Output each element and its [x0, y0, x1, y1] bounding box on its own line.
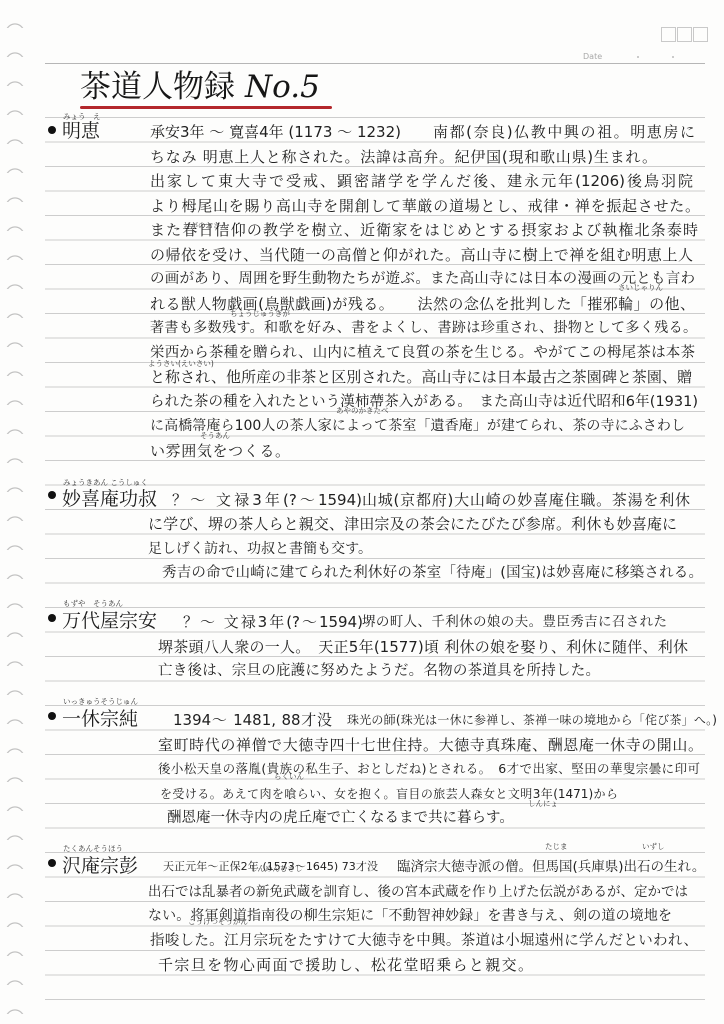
furigana: こうげつそうがん: [188, 917, 248, 926]
entry-text-line: の画があり、周囲を野生動物たちが遊ぶ。また高山寺には日本の漫画の元とも言わ: [150, 270, 695, 288]
entry-text-line: 後小松天皇の落胤(貴族の私生子、おとしだね)とされる。 6才で出家、堅田の華叟宗…: [158, 760, 700, 778]
entry-text-line: より栂尾山を賜り高山寺を開創して華厳の道場とし、戒律・禅を振起させた。: [150, 197, 700, 215]
bullet-icon: [48, 712, 56, 720]
entry-text-line: 秀吉の命で山崎に建てられた利休好の茶室「待庵」(国宝)は妙喜庵に移築される。: [162, 564, 703, 582]
furigana: しんめんむさし: [250, 864, 303, 873]
furigana: そうあん: [200, 431, 230, 440]
entry-summary: 堺の町人、千利休の娘の夫。豊臣秀吉に召された: [362, 613, 667, 631]
entry-text-line: また春日信仰の教学を樹立、近衛家をはじめとする摂家および執権北条泰時: [150, 221, 698, 239]
name-reading: いっきゅうそうじゅん: [63, 697, 138, 706]
title-underline: [80, 106, 332, 109]
entry-text-line: 足しげく訪れ、功叔と書簡も交す。: [148, 540, 372, 558]
page-number-boxes: [661, 27, 708, 42]
entry-text-line: 酬恩庵一休寺内の虎丘庵で亡くなるまで共に暮らす。: [167, 809, 513, 827]
entry-text-line: に高橋箒庵ら100人の茶人家によって茶室「遺香庵」が建てられ、茶の寺にふさわし: [150, 417, 685, 435]
entry-text-line: 栄西から茶種を贈られ、山内に植えて良質の茶を生じる。やがてこの栂尾茶は本茶: [150, 344, 695, 362]
furigana: らくいん: [274, 772, 304, 781]
date-separator-mark: [637, 56, 639, 58]
entry-text-line: に学び、堺の茶人らと親交、津田宗及の茶会にたびたび参席。利休も妙喜庵に: [148, 515, 677, 533]
name-reading: たくあんそうほう: [63, 844, 123, 853]
bullet-icon: [48, 614, 56, 622]
entry-text-line: の帰依を受け、当代随一の高僧と仰がれた。高山寺に樹上で禅を組む明恵上人: [150, 246, 693, 264]
page-title-number: No.5: [245, 69, 320, 105]
bullet-icon: [48, 126, 56, 134]
page-number-box: [677, 27, 692, 42]
entry-dates: 承安3年 ～ 寛喜4年 (1173 ～ 1232): [150, 123, 400, 141]
entry-name: 一休宗純: [62, 708, 138, 730]
furigana: あやのかきたべ: [336, 406, 389, 415]
entry-text-line: られた茶の種を入れたという漢柿蔕茶入がある。 また高山寺は近代昭和6年(1931…: [150, 393, 698, 411]
furigana: たじま: [545, 842, 568, 851]
furigana: とがのおさん: [183, 221, 228, 230]
entry-summary: 臨済宗大徳寺派の僧。但馬国(兵庫県)出石の生れ。: [397, 858, 705, 876]
date-line: [45, 63, 705, 64]
date-separator-mark: [672, 56, 674, 58]
entry-summary: 南都(奈良)仏教中興の祖。明恵房に: [433, 123, 695, 141]
furigana: ようさい(えいさい): [148, 359, 214, 368]
bullet-icon: [48, 491, 56, 499]
page-title: 茶道人物録No.5: [80, 68, 320, 106]
bullet-icon: [48, 859, 56, 867]
entry-text-line: 著書も多数残す。和歌を好み、書をよくし、書跡は珍重され、掛物として多く残る。: [150, 319, 697, 337]
page-number-box: [661, 27, 676, 42]
entry-text-line: 室町時代の禅僧で大徳寺四十七世住持。大徳寺真珠庵、酬恩庵一休寺の開山。: [158, 736, 703, 754]
entry-text-line: と称され、他所産の非茶と区別された。高山寺には日本最古之茶園碑と茶園、贈: [150, 368, 692, 386]
entry-text-line: ちなみ 明恵上人と称された。法諱は高弁。紀伊国(現和歌山県)生まれ。: [150, 148, 657, 166]
furigana: しんにょ: [528, 799, 558, 808]
entry-text-line: 亡き後は、宗旦の庇護に努めたようだ。名物の茶道具を所持した。: [158, 662, 600, 680]
entry-text-line: 指唆した。江月宗玩をたすけて大徳寺を中興。茶道は小堀遠州に学んだといわれ、: [150, 932, 698, 950]
binder-holes: [0, 20, 30, 1020]
name-reading: もずや そうあん: [63, 599, 123, 608]
entry-text-line: い雰囲気をつくる。: [150, 442, 290, 460]
entry-dates: ？～ 文禄3年(?～1594): [172, 491, 362, 509]
entry-text-line: 出家して東大寺で受戒、顕密諸学を学んだ後、建永元年(1206)後鳥羽院: [150, 172, 693, 190]
entry-name: 妙喜庵功叔: [62, 488, 157, 510]
entry-name: 沢庵宗彭: [62, 855, 138, 877]
entry-name: 明恵: [62, 120, 100, 142]
furigana: ちょうじゅうぎが: [230, 309, 290, 318]
entry-text-line: 出石では乱暴者の新免武蔵を訓育し、後の宮本武蔵を作り上げた伝説があるが、定かでは: [148, 883, 688, 901]
furigana: さいじゃりん: [618, 283, 663, 292]
entry-dates: ？～ 文禄3年(?～1594): [183, 613, 363, 631]
notebook-page: Date 茶道人物録No.5 みょう え 明恵 承安3年 ～ 寛喜4年 (117…: [0, 0, 724, 1024]
name-reading: みょうきあん こうしゅく: [63, 478, 148, 487]
entry-text-line: 千宗旦を物心両面で援助し、松花堂昭乗らと親交。: [158, 956, 533, 974]
entry-text-line: 堺茶頭八人衆の一人。 天正5年(1577)頃 利休の娘を娶り、利休に随伴、利休: [158, 638, 688, 656]
entry-summary: 山城(京都府)大山崎の妙喜庵住職。茶湯を利休: [362, 491, 690, 509]
page-number-box: [693, 27, 708, 42]
entry-summary: 珠光の師(珠光は一休に参禅し、茶禅一味の境地から「侘び茶」へ。): [347, 711, 717, 729]
page-title-text: 茶道人物録: [80, 69, 235, 105]
entry-name: 万代屋宗安: [62, 610, 157, 632]
furigana: いずし: [642, 842, 665, 851]
date-label: Date: [583, 52, 602, 62]
entry-dates: 1394～ 1481, 88才没: [173, 711, 332, 729]
